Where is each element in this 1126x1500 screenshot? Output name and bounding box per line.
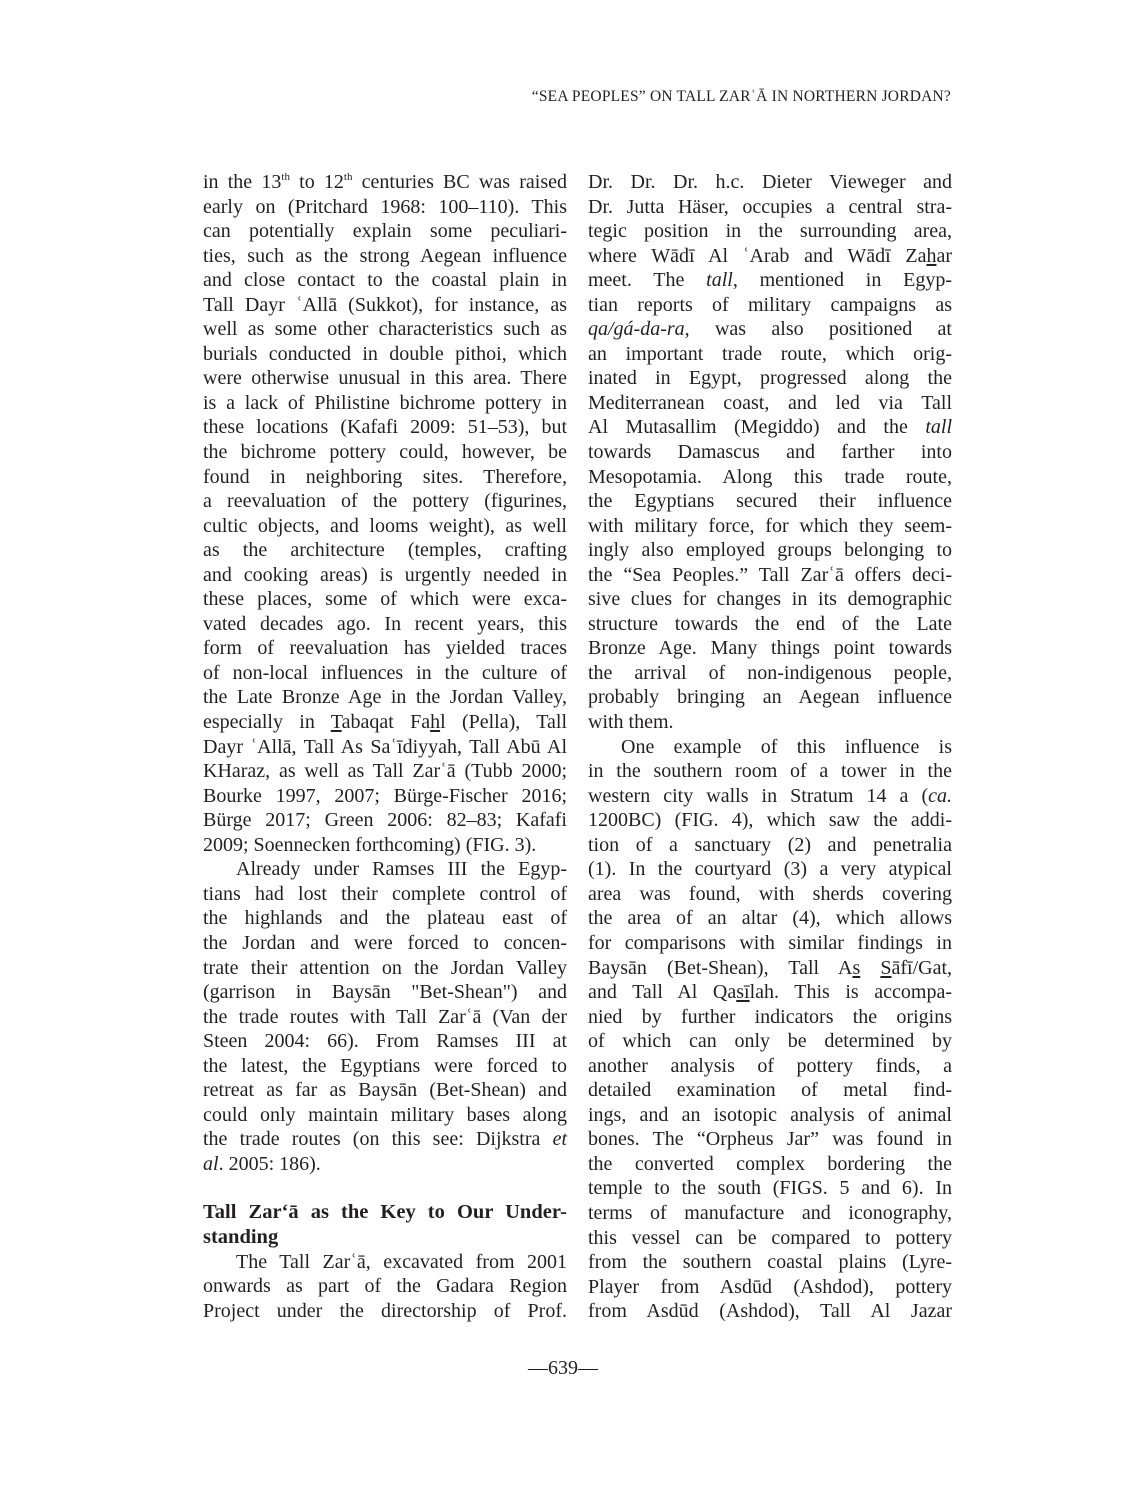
text-line: the trade routes (on this see: Dijkstra … [203, 1127, 567, 1152]
text-line: the area of an altar (4), which allows [588, 906, 952, 931]
text-line: with military force, for which they seem… [588, 514, 952, 539]
text-line: temple to the south (FIGS. 5 and 6). In [588, 1176, 952, 1201]
transliteration-underline: h [430, 711, 440, 733]
text-line: Tall Dayr ʿAllā (Sukkot), for instance, … [203, 293, 567, 318]
text-line: the arrival of non-indigenous people, [588, 661, 952, 686]
text-line: burials conducted in double pithoi, whic… [203, 342, 567, 367]
text-line: the Late Bronze Age in the Jordan Valley… [203, 685, 567, 710]
text-line: tian reports of military campaigns as [588, 293, 952, 318]
text-line: in the southern room of a tower in the [588, 759, 952, 784]
text-line: the Jordan and were forced to concen- [203, 931, 567, 956]
text-line: of which can only be determined by [588, 1029, 952, 1054]
text-line: Mediterranean coast, and led via Tall [588, 391, 952, 416]
paragraph-ramses-iii: Already under Ramses III the Egyp- tians… [203, 857, 567, 1176]
text-line: nied by further indicators the origins [588, 1005, 952, 1030]
section-heading: Tall Zar‘ā as the Key to Our Under- stan… [203, 1200, 567, 1249]
text-line: area was found, with sherds covering [588, 882, 952, 907]
transliteration-underline: T [331, 711, 342, 733]
text-line: tians had lost their complete control of [203, 882, 567, 907]
text-line: probably bringing an Aegean influence [588, 685, 952, 710]
text-line: the Egyptians secured their influence [588, 489, 952, 514]
text-line: detailed examination of metal find- [588, 1078, 952, 1103]
text-line: Dr. Dr. Dr. h.c. Dieter Vieweger and [588, 170, 952, 195]
running-header: “SEA PEOPLES” ON TALL ZARʿĀ IN NORTHERN … [532, 88, 951, 106]
text-line: Bourke 1997, 2007; Bürge-Fischer 2016; [203, 784, 567, 809]
text-line: tegic position in the surrounding area, [588, 219, 952, 244]
text-line: qa/gá-da-ra, was also positioned at [588, 317, 952, 342]
text-fragment: , mentioned in Egyp- [733, 269, 952, 291]
text-line: inated in Egypt, progressed along the [588, 366, 952, 391]
text-line: early on (Pritchard 1968: 100–110). This [203, 195, 567, 220]
text-fragment: ar [936, 245, 952, 267]
text-line: terms of manufacture and iconography, [588, 1201, 952, 1226]
text-fragment: meet. The [588, 269, 706, 291]
paragraph-strategic-position: Dr. Dr. Dr. h.c. Dieter Vieweger and Dr.… [588, 170, 952, 735]
right-column: Dr. Dr. Dr. h.c. Dieter Vieweger and Dr.… [588, 170, 952, 1324]
text-line: the latest, the Egyptians were forced to [203, 1054, 567, 1079]
text-line: especially in Tabaqat Fahl (Pella), Tall [203, 710, 567, 735]
text-line: Al Mutasallim (Megiddo) and the tall [588, 415, 952, 440]
text-line: Dr. Jutta Häser, occupies a central stra… [588, 195, 952, 220]
paragraph-tall-zara-intro: The Tall Zarʿā, excavated from 2001 onwa… [203, 1250, 567, 1324]
text-line: Steen 2004: 66). From Ramses III at [203, 1029, 567, 1054]
text-line: One example of this influence is [588, 735, 952, 760]
text-line: Player from Asdūd (Ashdod), pottery [588, 1275, 952, 1300]
text-line: The Tall Zarʿā, excavated from 2001 [203, 1250, 567, 1275]
italic-text: ca. [928, 785, 952, 807]
paragraph-late-bronze-age: in the 13th to 12th centuries BC was rai… [203, 170, 567, 857]
text-line: these places, some of which were exca- [203, 587, 567, 612]
text-line: ingly also employed groups belonging to [588, 538, 952, 563]
text-line: and cooking areas) is urgently needed in [203, 563, 567, 588]
italic-text: qa/gá-da-ra [588, 318, 685, 340]
text-fragment: western city walls in Stratum 14 a ( [588, 785, 928, 807]
text-line: Baysān (Bet-Shean), Tall As Sāfī/Gat, [588, 956, 952, 981]
text-line: the trade routes with Tall Zarʿā (Van de… [203, 1005, 567, 1030]
text-fragment: where Wādī Al ʿArab and Wādī Za [588, 245, 926, 267]
text-line: KHaraz, as well as Tall Zarʿā (Tubb 2000… [203, 759, 567, 784]
text-line: 2009; Soennecken forthcoming) (FIG. 3). [203, 833, 567, 858]
text-line: 1200BC) (FIG. 4), which saw the addi- [588, 808, 952, 833]
text-line: where Wādī Al ʿArab and Wādī Zahar [588, 244, 952, 269]
text-line: were otherwise unusual in this area. The… [203, 366, 567, 391]
text-line: (1). In the courtyard (3) a very atypica… [588, 857, 952, 882]
text-line: cultic objects, and looms weight), as we… [203, 514, 567, 539]
text-line: Mesopotamia. Along this trade route, [588, 465, 952, 490]
text-line: well as some other characteristics such … [203, 317, 567, 342]
text-line: onwards as part of the Gadara Region [203, 1274, 567, 1299]
italic-text: tall [925, 416, 952, 438]
text-line: trate their attention on the Jordan Vall… [203, 956, 567, 981]
text-fragment: Al Mutasallim (Megiddo) and the [588, 416, 925, 438]
page-number: —639— [0, 1357, 1126, 1380]
text-fragment [860, 957, 880, 979]
text-line: ings, and an isotopic analysis of animal [588, 1103, 952, 1128]
text-line: sive clues for changes in its demographi… [588, 587, 952, 612]
text-fragment: lah. This is accompa- [750, 981, 952, 1003]
text-fragment: āfī/Gat, [891, 957, 952, 979]
text-line: Already under Ramses III the Egyp- [203, 857, 567, 882]
text-line: western city walls in Stratum 14 a (ca. [588, 784, 952, 809]
heading-line: Tall Zar‘ā as the Key to Our Under- [203, 1200, 567, 1225]
superscript: th [281, 171, 290, 183]
paragraph-aegean-influence-example: One example of this influence is in the … [588, 735, 952, 1324]
section-spacer [203, 1176, 567, 1200]
text-fragment: abaqat Fa [342, 711, 431, 733]
text-line: Project under the directorship of Prof. [203, 1299, 567, 1324]
text-line: and close contact to the coastal plain i… [203, 268, 567, 293]
text-line: form of reevaluation has yielded traces [203, 636, 567, 661]
heading-line: standing [203, 1225, 567, 1250]
text-line: of non-local influences in the culture o… [203, 661, 567, 686]
text-line: for comparisons with similar findings in [588, 931, 952, 956]
text-fragment: l (Pella), Tall [440, 711, 567, 733]
text-line: the highlands and the plateau east of [203, 906, 567, 931]
text-fragment: to 12 [290, 171, 344, 193]
text-line: could only maintain military bases along [203, 1103, 567, 1128]
text-line: these locations (Kafafi 2009: 51–53), bu… [203, 415, 567, 440]
text-line: towards Damascus and farther into [588, 440, 952, 465]
text-line: a reevaluation of the pottery (figurines… [203, 489, 567, 514]
transliteration-underline: h [926, 245, 936, 267]
text-line: meet. The tall, mentioned in Egyp- [588, 268, 952, 293]
text-line: from the southern coastal plains (Lyre- [588, 1250, 952, 1275]
text-line: retreat as far as Baysān (Bet-Shean) and [203, 1078, 567, 1103]
text-line: tion of a sanctuary (2) and penetralia [588, 833, 952, 858]
text-fragment: in the 13 [203, 171, 281, 193]
italic-text: et [553, 1128, 567, 1150]
text-line: bones. The “Orpheus Jar” was found in [588, 1127, 952, 1152]
italic-text: al [203, 1153, 219, 1175]
text-fragment: . 2005: 186). [219, 1153, 321, 1175]
text-line: the bichrome pottery could, however, be [203, 440, 567, 465]
text-line: this vessel can be compared to pottery [588, 1226, 952, 1251]
text-line: Bürge 2017; Green 2006: 82–83; Kafafi [203, 808, 567, 833]
text-line: from Asdūd (Ashdod), Tall Al Jazar [588, 1299, 952, 1324]
text-line: vated decades ago. In recent years, this [203, 612, 567, 637]
text-line: the “Sea Peoples.” Tall Zarʿā offers dec… [588, 563, 952, 588]
text-line: is a lack of Philistine bichrome pottery… [203, 391, 567, 416]
italic-text: tall [706, 269, 733, 291]
text-fragment: the trade routes (on this see: Dijkstra [203, 1128, 553, 1150]
text-line: the converted complex bordering the [588, 1152, 952, 1177]
text-line: can potentially explain some peculiari- [203, 219, 567, 244]
text-fragment: , was also positioned at [685, 318, 952, 340]
text-line: another analysis of pottery finds, a [588, 1054, 952, 1079]
text-fragment: especially in [203, 711, 331, 733]
text-line: structure towards the end of the Late [588, 612, 952, 637]
transliteration-underline: sī [736, 981, 749, 1003]
text-line: and Tall Al Qasīlah. This is accompa- [588, 980, 952, 1005]
text-fragment: and Tall Al Qa [588, 981, 736, 1003]
text-fragment: Baysān (Bet-Shean), Tall A [588, 957, 852, 979]
text-line: al. 2005: 186). [203, 1152, 567, 1177]
text-line: (garrison in Baysān "Bet-Shean") and [203, 980, 567, 1005]
left-column: in the 13th to 12th centuries BC was rai… [203, 170, 567, 1323]
text-line: ties, such as the strong Aegean influenc… [203, 244, 567, 269]
text-line: Dayr ʿAllā, Tall As Saʿīdiyyah, Tall Abū… [203, 735, 567, 760]
transliteration-underline: S [880, 957, 891, 979]
text-line: Bronze Age. Many things point towards [588, 636, 952, 661]
text-line: with them. [588, 710, 952, 735]
text-line: in the 13th to 12th centuries BC was rai… [203, 170, 567, 195]
text-line: an important trade route, which orig- [588, 342, 952, 367]
text-line: as the architecture (temples, crafting [203, 538, 567, 563]
text-line: found in neighboring sites. Therefore, [203, 465, 567, 490]
text-fragment: centuries BC was raised [352, 171, 567, 193]
